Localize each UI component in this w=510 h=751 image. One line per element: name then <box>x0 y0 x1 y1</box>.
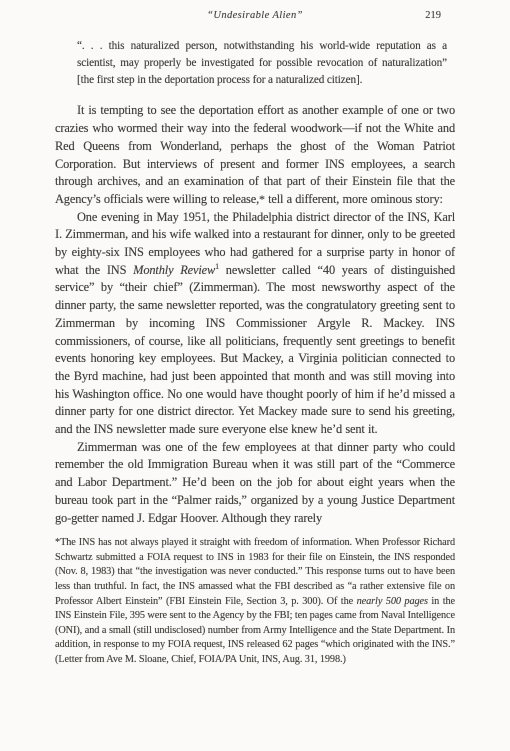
paragraph-2-text-continued: newsletter called “40 years of distingui… <box>55 263 455 436</box>
page-body: It is tempting to see the deportation ef… <box>55 102 455 527</box>
block-quote-text: “. . . this naturalized person, notwiths… <box>77 40 447 86</box>
footnote-italic-phrase: nearly 500 pages <box>357 596 428 607</box>
paragraph-3-text: Zimmerman was one of the few employees a… <box>55 440 455 525</box>
page-header: “Undesirable Alien” 219 <box>55 10 455 26</box>
paragraph-3: Zimmerman was one of the few employees a… <box>55 439 455 528</box>
page-number: 219 <box>425 10 441 21</box>
book-page: “Undesirable Alien” 219 “. . . this natu… <box>0 0 510 751</box>
paragraph-1: It is tempting to see the deportation ef… <box>55 102 455 208</box>
block-quote: “. . . this naturalized person, notwiths… <box>77 38 447 88</box>
running-title: “Undesirable Alien” <box>55 10 455 21</box>
paragraph-1-text-continued: tell a different, more ominous story: <box>265 192 443 206</box>
newsletter-title-italic: Monthly Review <box>133 263 215 277</box>
paragraph-2: One evening in May 1951, the Philadelphi… <box>55 209 455 439</box>
footnote-text: *The INS has not always played it straig… <box>55 536 455 667</box>
footnote: *The INS has not always played it straig… <box>55 536 455 667</box>
paragraph-1-text: It is tempting to see the deportation ef… <box>55 103 455 206</box>
